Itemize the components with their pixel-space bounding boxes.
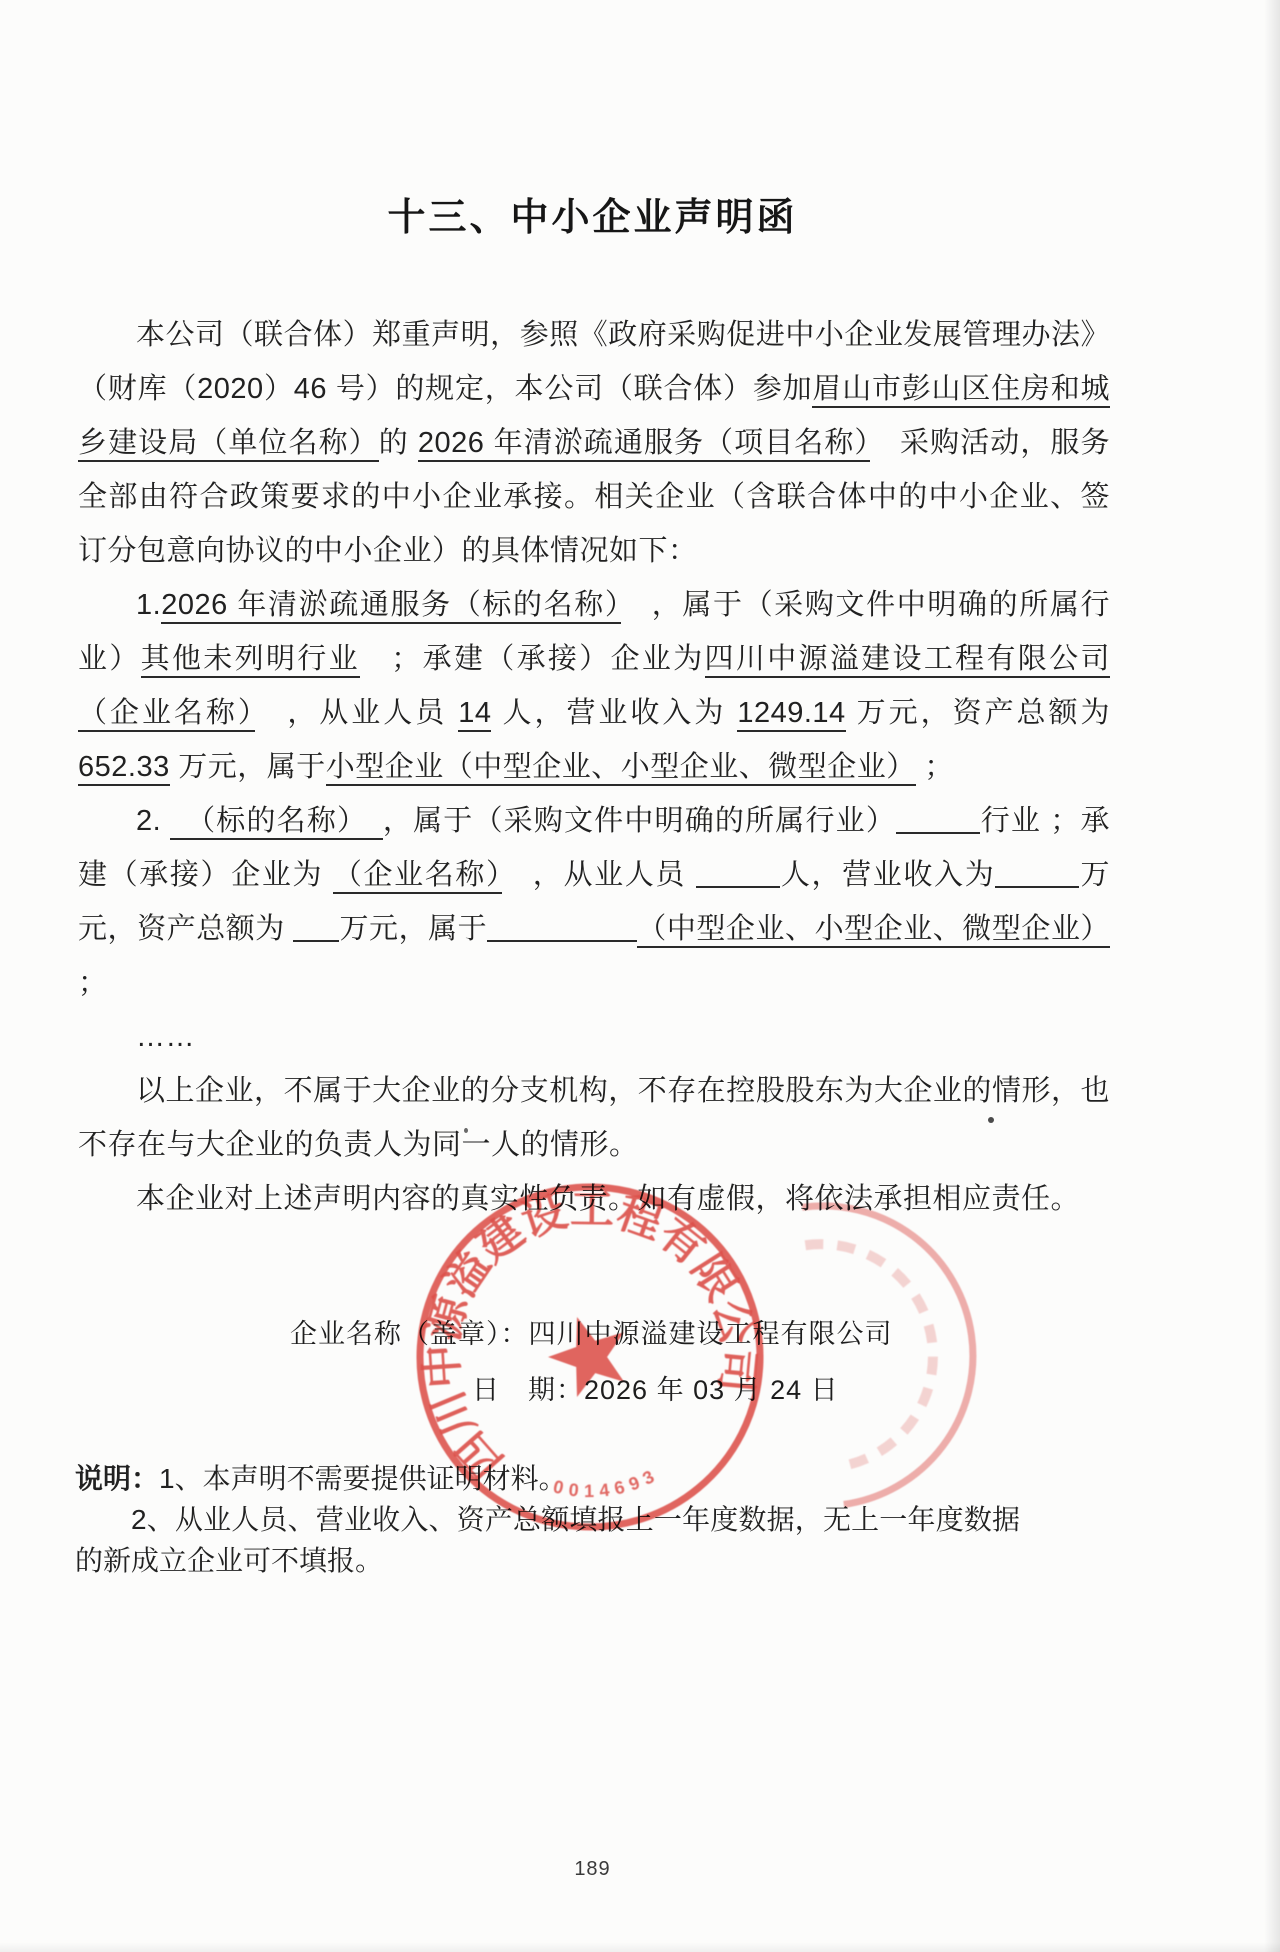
blank-field [293, 911, 339, 942]
text-segment: ；承建（承接）企业为 [360, 643, 705, 675]
signature-date-line: 日 期：2026 年 03 月 24 日 [472, 1368, 839, 1407]
text-segment: ，从业人员 [255, 697, 458, 729]
text-segment: 1. [136, 589, 161, 621]
item-2-paragraph: 2. （标的名称） ，属于（采购文件中明确的所属行业）行业 ；承建（承接）企业为… [78, 794, 1110, 1010]
text-segment: 人，营业收入为 [491, 697, 737, 729]
text-segment: 的 [379, 427, 418, 459]
text-segment: 2. [136, 805, 170, 837]
text-segment: 本企业对上述声明内容的真实性负责。如有虚假，将依法承担相应责任。 [136, 1183, 1080, 1215]
document-page: 十三、中小企业声明函 本公司（联合体）郑重声明，参照《政府采购促进中小企业发展管… [0, 0, 1280, 1952]
item-1-paragraph: 1.2026 年清淤疏通服务（标的名称） ，属于（采购文件中明确的所属行业）其他… [78, 578, 1110, 794]
note-text: 1、本声明不需要提供证明材料。 [159, 1463, 567, 1494]
filled-field: 小型企业（中型企业、小型企业、微型企业） [326, 751, 916, 786]
text-segment: 万元，资产总额为 [846, 697, 1110, 729]
text-segment: ，从业人员 [502, 859, 696, 891]
filled-field: 2026 年清淤疏通服务（标的名称） [161, 589, 621, 624]
filled-field: （标的名称） [170, 805, 382, 840]
intro-paragraph: 本公司（联合体）郑重声明，参照《政府采购促进中小企业发展管理办法》（财库（202… [78, 308, 1110, 578]
text-segment: 人，营业收入为 [780, 859, 996, 891]
text-segment: ，属于（采购文件中明确的所属行业） [383, 805, 896, 837]
filled-field: 14 [458, 697, 491, 732]
ellipsis-paragraph: …… [78, 1010, 1110, 1064]
filled-field: （企业名称） [333, 859, 502, 894]
text-segment: 万元，属于 [339, 913, 487, 945]
filled-field: 1249.14 [737, 697, 845, 732]
page-title: 十三、中小企业声明函 [75, 186, 1110, 241]
ink-speck [464, 1128, 468, 1133]
note-item: 2、从业人员、营业收入、资产总额填报上一年度数据，无上一年度数据的新成立企业可不… [75, 1499, 1020, 1581]
text-segment: ； [78, 967, 108, 999]
blank-field [896, 803, 980, 834]
notes-label: 说明： [75, 1463, 159, 1494]
page-number: 189 [75, 1858, 1110, 1881]
note-text: 2、从业人员、营业收入、资产总额填报上一年度数据，无上一年度数据的新成立企业可不… [75, 1504, 1020, 1576]
declaration-body: 本公司（联合体）郑重声明，参照《政府采购促进中小企业发展管理办法》（财库（202… [78, 308, 1110, 1226]
blank-field [995, 857, 1079, 888]
blank-field [696, 857, 780, 888]
text-segment: …… [136, 1021, 195, 1053]
filled-field: （中型企业、小型企业、微型企业） [637, 913, 1110, 948]
filled-field: 652.33 [78, 751, 170, 786]
filled-field: 2026 年清淤疏通服务（项目名称） [418, 427, 870, 462]
text-segment: ； [916, 751, 954, 783]
text-segment: 万元，属于 [170, 751, 326, 783]
closing-paragraph-2: 本企业对上述声明内容的真实性负责。如有虚假，将依法承担相应责任。 [78, 1172, 1110, 1226]
note-item: 说明：1、本声明不需要提供证明材料。 [75, 1458, 1020, 1499]
ink-speck [988, 1117, 994, 1123]
text-segment: 以上企业，不属于大企业的分支机构，不存在控股股东为大企业的情形，也不存在与大企业… [78, 1075, 1110, 1161]
notes-section: 说明：1、本声明不需要提供证明材料。 2、从业人员、营业收入、资产总额填报上一年… [75, 1458, 1020, 1581]
closing-paragraph-1: 以上企业，不属于大企业的分支机构，不存在控股股东为大企业的情形，也不存在与大企业… [78, 1064, 1110, 1172]
blank-field [487, 911, 637, 942]
signature-company-line: 企业名称（盖章）：四川中源溢建设工程有限公司 [290, 1312, 893, 1351]
filled-field: 其他未列明行业 [141, 643, 360, 678]
